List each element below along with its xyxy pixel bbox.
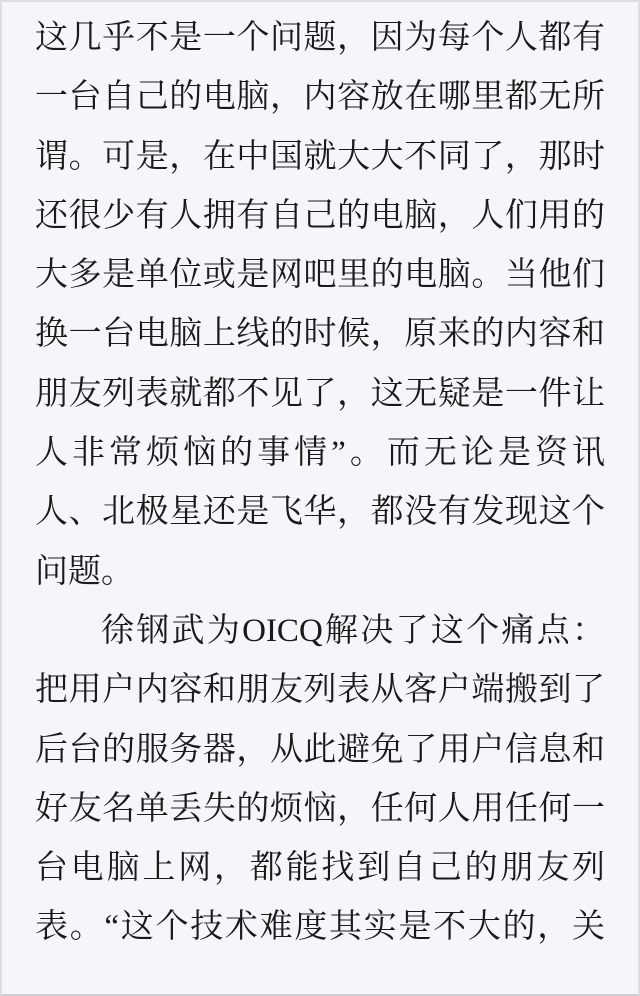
ebook-reader-page: 这几乎不是一个问题，因为每个人都有一台自己的电脑，内容放在哪里都无所谓。可是，在…: [0, 0, 640, 996]
page-text-area: 这几乎不是一个问题，因为每个人都有一台自己的电脑，内容放在哪里都无所谓。可是，在…: [2, 2, 638, 994]
paragraph: 这几乎不是一个问题，因为每个人都有一台自己的电脑，内容放在哪里都无所谓。可是，在…: [35, 9, 605, 602]
paragraph: 徐钢武为OICQ解决了这个痛点：把用户内容和朋友列表从客户端搬到了后台的服务器，…: [35, 602, 605, 958]
